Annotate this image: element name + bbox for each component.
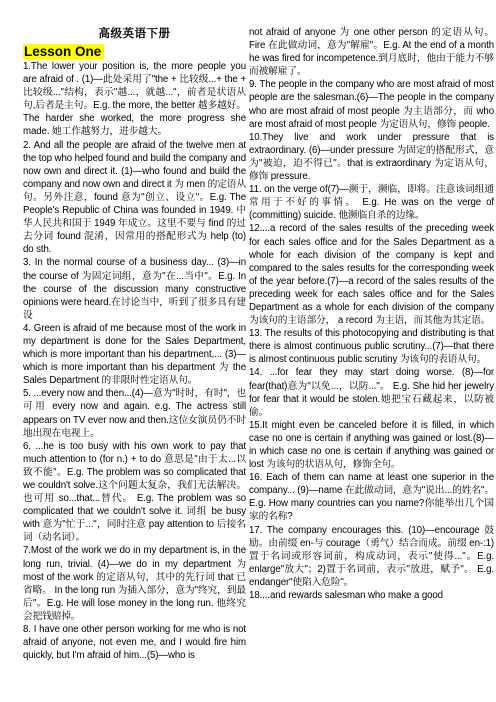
- note-9: 9. The people in the company who are mos…: [249, 78, 494, 130]
- note-6: 6. ...he is too busy with his own work t…: [23, 440, 246, 545]
- lesson-heading-text: Lesson One: [23, 44, 104, 59]
- note-2: 2. And all the people are afraid of the …: [23, 139, 246, 257]
- note-16: 16. Each of them can name at least one s…: [249, 471, 494, 523]
- note-5: 5. ...every now and then...(4)—意为"时时，有时"…: [23, 387, 246, 439]
- note-12: 12....a record of the sales results of t…: [249, 222, 494, 327]
- note-10: 10.They live and work under pressure tha…: [249, 131, 494, 183]
- lesson-one-heading: Lesson One: [23, 43, 246, 60]
- note-7: 7.Most of the work we do in my departmen…: [23, 544, 246, 623]
- note-18: 18....and rewards salesman who make a go…: [249, 589, 494, 602]
- note-1: 1.The lower your position is, the more p…: [23, 60, 246, 139]
- note-4: 4. Green is afraid of me because most of…: [23, 322, 246, 387]
- note-15: 15.It might even be canceled before it i…: [249, 419, 494, 471]
- note-13: 13. The results of this photocopying and…: [249, 327, 494, 366]
- note-17: 17. The company encourages this. (10)—en…: [249, 524, 494, 589]
- note-14: 14. ...for fear they may start doing wor…: [249, 366, 494, 418]
- document-page: 高级英语下册 Lesson One 1.The lower your posit…: [0, 0, 496, 702]
- note-8-continued: not afraid of anyone 为 one other person …: [249, 26, 494, 78]
- left-column: 高级英语下册 Lesson One 1.The lower your posit…: [23, 26, 246, 662]
- note-8: 8. I have one other person working for m…: [23, 623, 246, 662]
- document-title: 高级英语下册: [23, 26, 246, 43]
- note-11: 11. on the verge of(7)—濒于，濒临，即将。注意该词组通常用…: [249, 183, 494, 222]
- note-3: 3. In the normal course of a business da…: [23, 256, 246, 321]
- right-column: not afraid of anyone 为 one other person …: [249, 26, 494, 602]
